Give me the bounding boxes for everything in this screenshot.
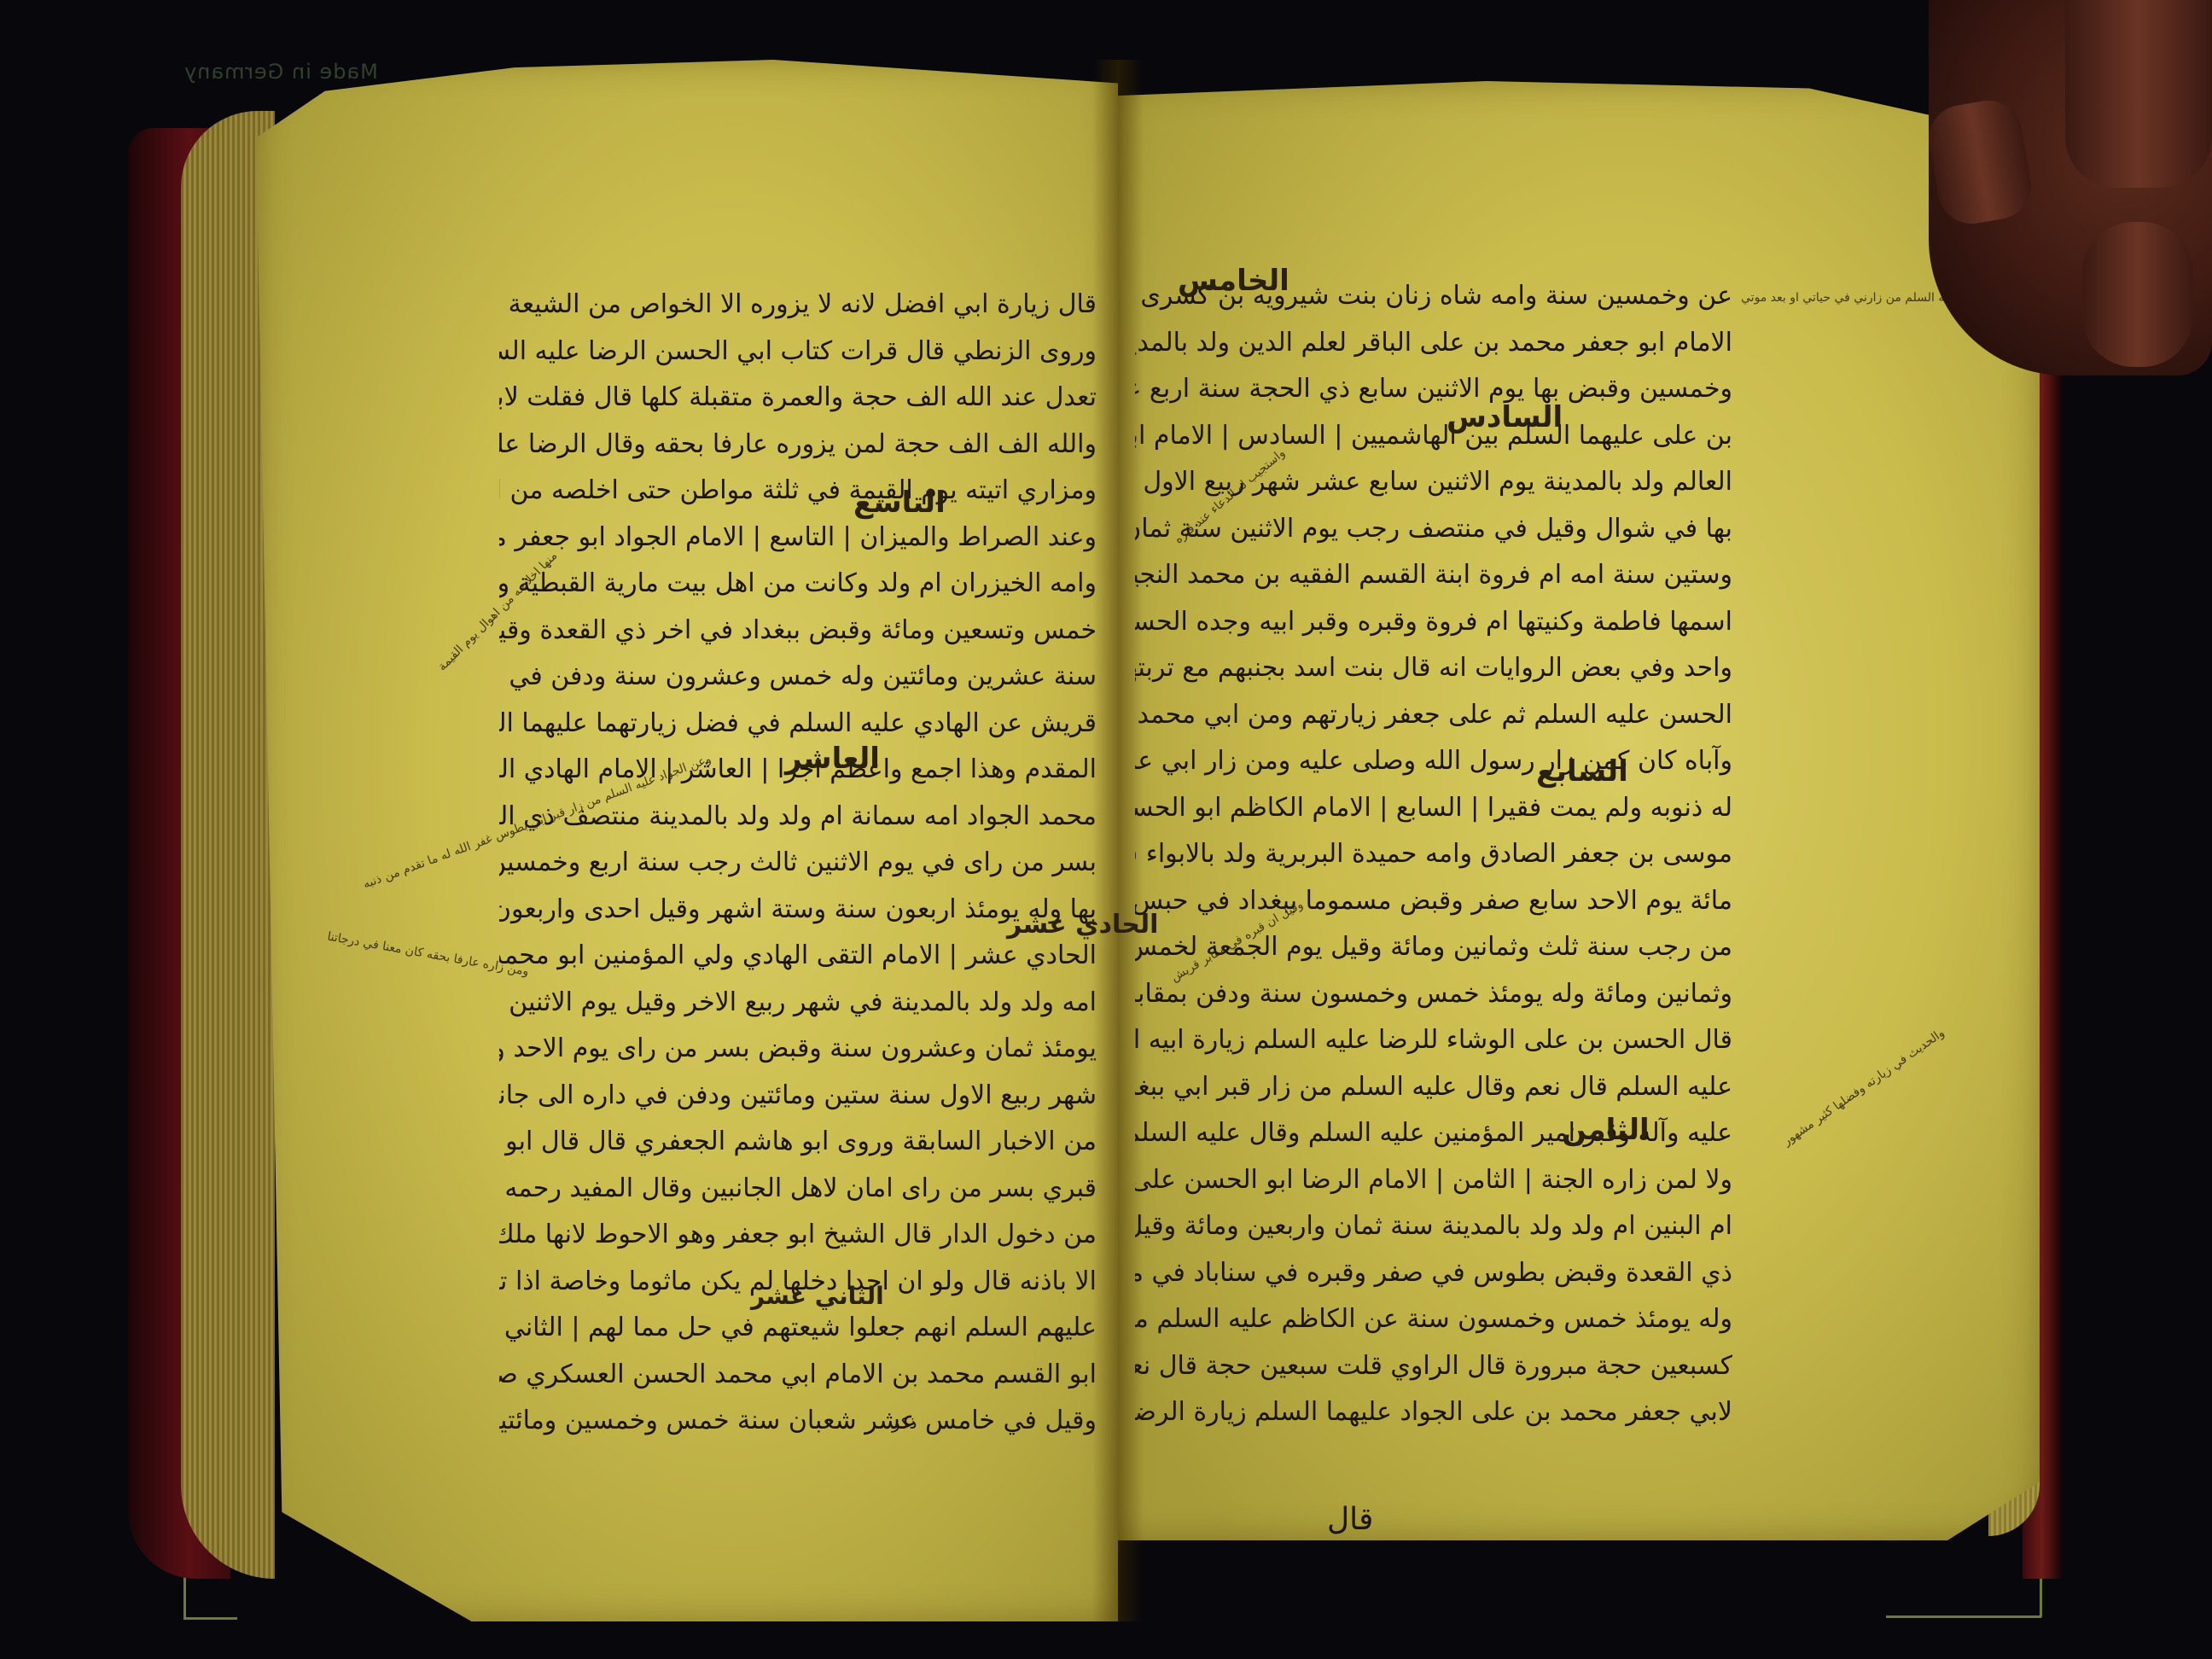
mat-frame-corner-right-bottom (1886, 1615, 2041, 1618)
text-line: وخمسين وقبض بها يوم الاثنين سابع ذي الحج… (1135, 366, 1732, 413)
text-line: واحد وفي بعض الروايات انه قال بنت اسد بج… (1135, 645, 1732, 692)
text-line: ومزاري اتيته يوم القيمة في ثلثة مواطن حت… (499, 468, 1097, 515)
text-line: قريش عن الهادي عليه السلم في فضل زيارتهم… (499, 701, 1097, 748)
rubric-eighth: الثامن (1562, 1122, 1650, 1138)
text-line: ام البنين ام ولد ولد بالمدينة سنة ثمان و… (1135, 1203, 1732, 1250)
text-line: شهر ربيع الاول سنة ستين ومائتين ودفن في … (499, 1073, 1097, 1120)
text-line: والله الف الف حجة لمن يزوره عارفا بحقه و… (499, 422, 1097, 469)
rubric-twelfth: الثاني عشر (751, 1289, 884, 1304)
rubric-tenth: العاشر (785, 751, 880, 766)
text-line: وستين سنة امه ام فروة ابنة القسم الفقيه … (1135, 552, 1732, 599)
text-line: خمس وتسعين ومائة وقبض ببغداد في اخر ذي ا… (499, 608, 1097, 655)
text-line-with-rubric: بن على عليهما السلم بين الهاشميين | السا… (1135, 413, 1732, 460)
finger (2082, 222, 2193, 367)
catchword: قال (1327, 1502, 1373, 1537)
text-line: الامام ابو جعفر محمد بن على الباقر لعلم … (1135, 320, 1732, 367)
rubric-sixth: السادس (1447, 410, 1563, 425)
mat-frame-corner-left (183, 1575, 237, 1620)
text-line: اسمها فاطمة وكنيتها ام فروة وقبره وقبر ا… (1135, 599, 1732, 646)
rubric-eleventh: الحادي عشر (1007, 917, 1158, 933)
text-line-with-rubric: عليهم السلم انهم جعلوا شيعتهم في حل مما … (499, 1305, 1097, 1352)
text-line: وآباه كان كمن زار رسول الله وصلى عليه وم… (1135, 738, 1732, 785)
text-line: الحسن عليه السلم ثم على جعفر زيارتهم ومن… (1135, 692, 1732, 739)
text-line: ابو القسم محمد بن الامام ابي محمد الحسن … (499, 1352, 1097, 1399)
text-line-with-rubric: ولا لمن زاره الجنة | الثامن | الامام الر… (1135, 1157, 1732, 1204)
text-line: قال الحسن بن على الوشاء للرضا عليه السلم… (1135, 1017, 1732, 1064)
text-line: وامه الخيزران ام ولد وكانت من اهل بيت ما… (499, 561, 1097, 608)
text-line: وثمانين ومائة وله يومئذ خمس وخمسون سنة و… (1135, 971, 1732, 1018)
text-line-with-rubric: له ذنوبه ولم يمت فقيرا | السابع | الامام… (1135, 785, 1732, 832)
text-line: مائة يوم الاحد سابع صفر وقبض مسموما ببغد… (1135, 878, 1732, 925)
mirrored-mat-label: Made in Germany (183, 60, 378, 84)
rubric-fifth: الخامس (1178, 273, 1289, 288)
finger (2065, 0, 2212, 188)
text-line: وقيل في خامس عشر شعبان سنة خمس وخمسين وم… (499, 1398, 1097, 1445)
text-line: لابي جعفر محمد بن على الجواد عليهما السل… (1135, 1389, 1732, 1436)
text-line: سنة عشرين ومائتين وله خمس وعشرون سنة ودف… (499, 654, 1097, 701)
text-line: موسى بن جعفر الصادق وامه حميدة البربرية … (1135, 831, 1732, 878)
text-line: قبري بسر من راى امان لاهل الجانبين وقال … (499, 1166, 1097, 1213)
text-line: وله يومئذ خمس وخمسون سنة عن الكاظم عليه … (1135, 1296, 1732, 1343)
text-line: امه ولد ولد بالمدينة في شهر ربيع الاخر و… (499, 980, 1097, 1027)
rubric-ninth: التاسع (853, 495, 946, 510)
text-line: بسر من راى في يوم الاثنين ثالث رجب سنة ا… (499, 840, 1097, 887)
right-page-text: عن وخمسين سنة وامه شاه زنان بنت شيرويه ب… (1135, 273, 1732, 1436)
text-line: يومئذ ثمان وعشرون سنة وقبض بسر من راى يو… (499, 1026, 1097, 1073)
text-line: ذي القعدة وقبض بطوس في صفر وقبره في سناب… (1135, 1250, 1732, 1297)
text-line: كسبعين حجة مبرورة قال الراوي قلت سبعين ح… (1135, 1343, 1732, 1390)
page-signature: ذكر (892, 1412, 917, 1433)
text-line: وروى الزنطي قال قرات كتاب ابي الحسن الرض… (499, 329, 1097, 375)
text-line-with-rubric: وعند الصراط والميزان | التاسع | الامام ا… (499, 515, 1097, 562)
rubric-seventh: السابع (1536, 764, 1628, 779)
left-page-text: قال زيارة ابي افضل لانه لا يزوره الا الخ… (499, 282, 1097, 1445)
text-line: تعدل عند الله الف حجة والعمرة متقبلة كله… (499, 375, 1097, 422)
text-line-with-rubric: الحادي عشر | الامام التقى الهادي ولي الم… (499, 933, 1097, 980)
text-line: عليه السلم قال نعم وقال عليه السلم من زا… (1135, 1064, 1732, 1111)
text-line: قال زيارة ابي افضل لانه لا يزوره الا الخ… (499, 282, 1097, 329)
text-line: بها في شوال وقيل في منتصف رجب يوم الاثني… (1135, 506, 1732, 553)
text-line: من دخول الدار قال الشيخ ابو جعفر وهو الا… (499, 1212, 1097, 1259)
text-line: من الاخبار السابقة وروى ابو هاشم الجعفري… (499, 1119, 1097, 1166)
